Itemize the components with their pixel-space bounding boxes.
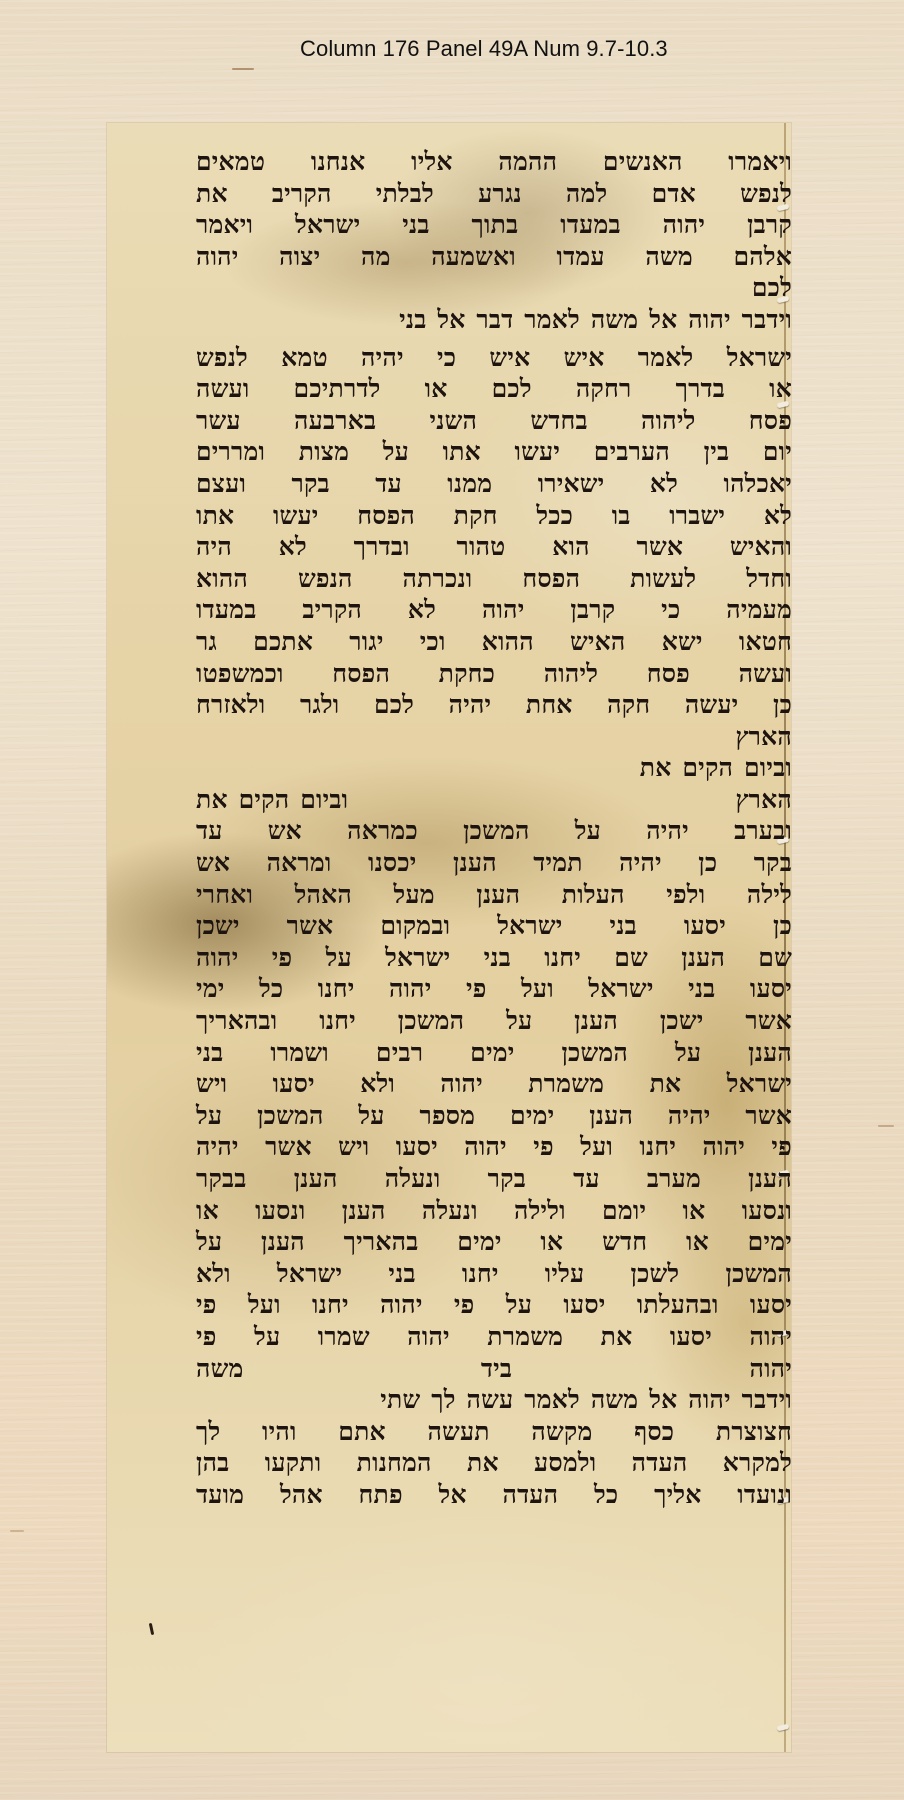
text-line: וחדל לעשות הפסח ונכרתה הנפש ההוא xyxy=(196,563,792,595)
text-line: וביום הקים את xyxy=(196,752,792,784)
text-line: הענן מערב עד בקר ונעלה הענן בבקר xyxy=(196,1163,792,1195)
text-line: בקר כן יהיה תמיד הענן יכסנו ומראה אש xyxy=(196,847,792,879)
text-line: יסעו ובהעלתו יסעו על פי יהוה יחנו ועל פי xyxy=(196,1289,792,1321)
text-line: ועשה פסח ליהוה כחקת הפסח וכמשפטו xyxy=(196,658,792,690)
text-line: חטאו ישא האיש ההוא וכי יגור אתכם גר xyxy=(196,626,792,658)
text-line: המשכן לשכן עליו יחנו בני ישראל ולא xyxy=(196,1258,792,1290)
background-mark xyxy=(232,68,254,70)
background-mark xyxy=(878,1125,894,1127)
stitch-icon xyxy=(775,1723,791,1733)
text-line: הענן על המשכן ימים רבים ושמרו בני xyxy=(196,1037,792,1069)
text-line: ישראל לאמר איש איש כי יהיה טמא לנפש xyxy=(196,342,792,374)
hebrew-text-column: ויאמרו האנשים ההמה אליו אנחנו טמאים לנפש… xyxy=(196,146,792,1542)
text-line: יהוה ביד משה xyxy=(196,1353,792,1385)
text-line: יסעו בני ישראל ועל פי יהוה יחנו כל ימי xyxy=(196,973,792,1005)
text-line: והאיש אשר הוא טהור ובדרך לא היה xyxy=(196,531,792,563)
text-line: חצוצרת כסף מקשה תעשה אתם והיו לך xyxy=(196,1416,792,1448)
text-line: כן יעשה חקה אחת יהיה לכם ולגר ולאזרח xyxy=(196,689,792,721)
text-line: לילה ולפי העלות הענן מעל האהל ואחרי xyxy=(196,879,792,911)
text-line: קרבן יהוה במעדו בתוך בני ישראל ויאמר xyxy=(196,209,792,241)
text-line: אלהם משה עמדו ואשמעה מה יצוה יהוה xyxy=(196,241,792,273)
page-title: Column 176 Panel 49A Num 9.7-10.3 xyxy=(300,36,668,62)
text-line: ויאמרו האנשים ההמה אליו אנחנו טמאים xyxy=(196,146,792,178)
text-line: למקרא העדה ולמסע את המחנות ותקעו בהן xyxy=(196,1447,792,1479)
text-line: וידבר יהוה אל משה לאמר דבר אל בני xyxy=(196,304,792,336)
text-line: ישראל את משמרת יהוה ולא יסעו ויש xyxy=(196,1068,792,1100)
setuma-left: וביום הקים את xyxy=(196,784,348,816)
text-line: פסח ליהוה בחדש השני בארבעה עשר xyxy=(196,405,792,437)
text-line-setuma: הארץ וביום הקים את xyxy=(196,784,792,816)
text-line: אשר יהיה הענן ימים מספר על המשכן על xyxy=(196,1100,792,1132)
text-line: ובערב יהיה על המשכן כמראה אש עד xyxy=(196,815,792,847)
text-line: פי יהוה יחנו ועל פי יהוה יסעו ויש אשר יה… xyxy=(196,1131,792,1163)
text-line: ימים או חדש או ימים בהאריך הענן על xyxy=(196,1226,792,1258)
text-line: יום בין הערבים יעשו אתו על מצות ומררים xyxy=(196,436,792,468)
text-line: יהוה יסעו את משמרת יהוה שמרו על פי xyxy=(196,1321,792,1353)
text-line: ונסעו או יומם ולילה ונעלה הענן ונסעו או xyxy=(196,1195,792,1227)
text-line: ונועדו אליך כל העדה אל פתח אהל מועד xyxy=(196,1479,792,1511)
text-line xyxy=(196,1511,792,1543)
text-line: לכם xyxy=(196,272,792,304)
text-line: לנפש אדם למה נגרע לבלתי הקריב את xyxy=(196,178,792,210)
text-line: וידבר יהוה אל משה לאמר עשה לך שתי xyxy=(196,1384,792,1416)
text-line: או בדרך רחקה לכם או לדרתיכם ועשה xyxy=(196,373,792,405)
text-line: אשר ישכן הענן על המשכן יחנו ובהאריך xyxy=(196,1005,792,1037)
text-line: יאכלהו לא ישאירו ממנו עד בקר ועצם xyxy=(196,468,792,500)
setuma-right: הארץ xyxy=(735,784,792,816)
background-mark xyxy=(10,1530,24,1532)
text-line: כן יסעו בני ישראל ובמקום אשר ישכן xyxy=(196,910,792,942)
text-line: מעמיה כי קרבן יהוה לא הקריב במעדו xyxy=(196,594,792,626)
text-line: שם הענן שם יחנו בני ישראל על פי יהוה xyxy=(196,942,792,974)
text-line: הארץ xyxy=(196,721,792,753)
text-line: לא ישברו בו ככל חקת הפסח יעשו אתו xyxy=(196,500,792,532)
margin-ink-mark xyxy=(149,1623,154,1635)
